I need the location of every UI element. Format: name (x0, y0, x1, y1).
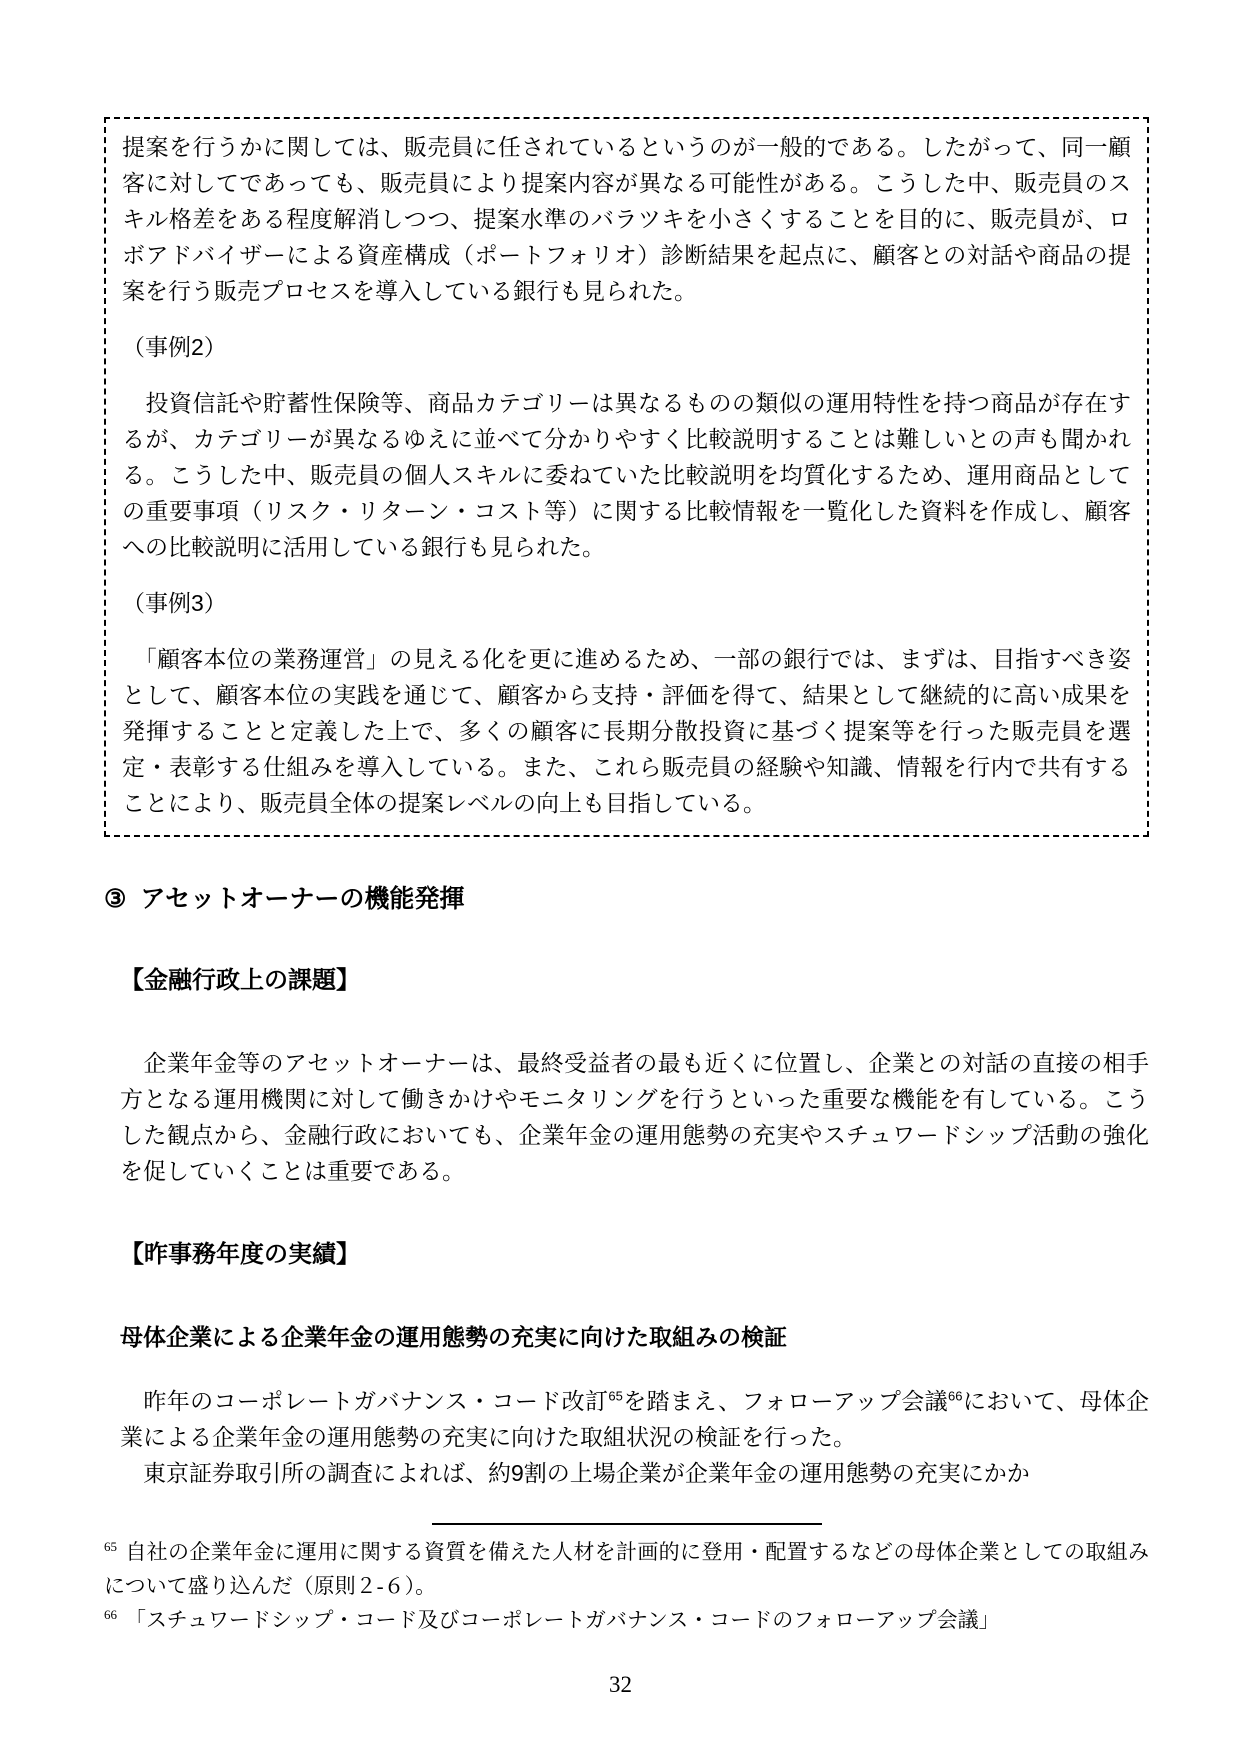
document-page: 提案を行うかに関しては、販売員に任されているというのが一般的である。したがって、… (0, 0, 1241, 1754)
footnote-66-number: 66 (104, 1607, 117, 1622)
results-paragraphs: 昨年のコーポレートガバナンス・コード改訂65を踏まえ、フォローアップ会議66にお… (120, 1383, 1149, 1491)
section-heading: ③アセットオーナーの機能発揮 (104, 883, 1149, 915)
example-box-paragraph-3: 「顧客本位の業務運営」の見える化を更に進めるため、一部の銀行では、まずは、目指す… (122, 641, 1131, 821)
footnote-65-number: 65 (104, 1539, 117, 1554)
example-box-paragraph-2: 投資信託や貯蓄性保険等、商品カテゴリーは異なるものの類似の運用特性を持つ商品が存… (122, 385, 1131, 565)
footnote-66-text: 「スチュワードシップ・コード及びコーポレートガバナンス・コードのフォローアップ会… (125, 1608, 1000, 1632)
results-paragraph-2: 東京証券取引所の調査によれば、約9割の上場企業が企業年金の運用態勢の充実にかか (120, 1455, 1149, 1491)
section-number: ③ (104, 885, 126, 913)
example-3-label: （事例3） (122, 585, 1131, 621)
example-box-paragraph-1: 提案を行うかに関しては、販売員に任されているというのが一般的である。したがって、… (122, 129, 1131, 309)
footnote-65: 65自社の企業年金に運用に関する資質を備えた人材を計画的に登用・配置するなどの母… (104, 1535, 1149, 1603)
results-heading: 【昨事務年度の実績】 (120, 1239, 1149, 1271)
results-paragraph-1-part-1: 昨年のコーポレートガバナンス・コード改訂 (120, 1388, 608, 1414)
footnote-separator-rule (432, 1523, 822, 1525)
footnote-ref-65: 65 (608, 1388, 622, 1403)
section-title: アセットオーナーの機能発揮 (140, 885, 464, 913)
issues-paragraph: 企業年金等のアセットオーナーは、最終受益者の最も近くに位置し、企業との対話の直接… (120, 1045, 1149, 1189)
footnote-66: 66「スチュワードシップ・コード及びコーポレートガバナンス・コードのフォローアッ… (104, 1603, 1149, 1637)
footnotes: 65自社の企業年金に運用に関する資質を備えた人材を計画的に登用・配置するなどの母… (104, 1535, 1149, 1637)
page-number: 32 (0, 1672, 1241, 1698)
results-subheading: 母体企業による企業年金の運用態勢の充実に向けた取組みの検証 (120, 1321, 1149, 1353)
example-case-box: 提案を行うかに関しては、販売員に任されているというのが一般的である。したがって、… (104, 117, 1149, 837)
issues-paragraph-text: 企業年金等のアセットオーナーは、最終受益者の最も近くに位置し、企業との対話の直接… (120, 1045, 1149, 1189)
issues-heading: 【金融行政上の課題】 (120, 965, 1149, 997)
results-paragraph-1: 昨年のコーポレートガバナンス・コード改訂65を踏まえ、フォローアップ会議66にお… (120, 1383, 1149, 1455)
footnote-ref-66: 66 (948, 1388, 962, 1403)
results-paragraph-1-part-2: を踏まえ、フォローアップ会議 (623, 1388, 948, 1414)
footnote-65-text: 自社の企業年金に運用に関する資質を備えた人材を計画的に登用・配置するなどの母体企… (104, 1540, 1149, 1598)
example-2-label: （事例2） (122, 329, 1131, 365)
